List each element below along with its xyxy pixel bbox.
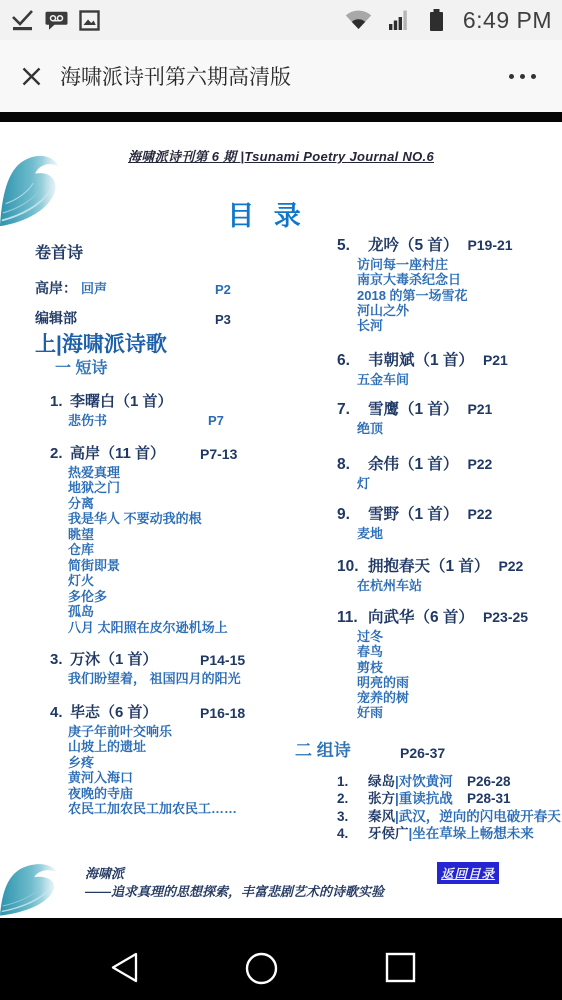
author-name: 向武华（6 首） (368, 609, 474, 626)
group-entry: 2.张方|重读抗战 P28-31 (295, 790, 561, 808)
page-number: P21 (467, 401, 492, 417)
poem-title: 南京大毒杀纪念日 (357, 272, 461, 287)
entry-number: 9. (337, 505, 368, 524)
poem-title: 麦地 (357, 526, 383, 541)
author-name: 绿岛 (368, 774, 395, 789)
entry-number: 11. (337, 608, 368, 627)
poem-row: 眺望 (68, 527, 287, 543)
poem-list: 灯 (357, 476, 561, 491)
toc-entry: 4.毕志（6 首） P16-18 庚子年前叶交响乐 山坡上的遗址 乡疼 黄河入海… (35, 704, 287, 817)
poem-row: 简街即景 (68, 558, 287, 574)
toc-entry: 10.拥抱春天（1 首）P22 在杭州车站 (295, 557, 561, 593)
poem-title: 庚子年前叶交响乐 (68, 724, 172, 739)
group-entry: 4.牙侯广|坐在草垛上畅想未来 (295, 825, 561, 843)
poem-row: 灯火 (68, 573, 287, 589)
entry-head: 9.雪野（1 首）P22 (295, 505, 561, 524)
toc-title: 目 录 (0, 194, 548, 233)
home-icon[interactable] (245, 952, 278, 990)
poem-title: 分离 (68, 496, 94, 511)
android-nav-bar (0, 918, 562, 1000)
page-number: P26-28 (467, 773, 511, 791)
poem-row: 在杭州车站 (357, 578, 561, 593)
page-number: P14-15 (200, 651, 245, 669)
poem-title: 过冬 (357, 629, 383, 644)
poem-list: 五金车间 (357, 372, 561, 387)
poem-list: 过冬 春鸟 剪枝 明亮的雨 宠养的树 好雨 (357, 629, 561, 721)
group-poem-list: 1.绿岛|对饮黄河 P26-28 2.张方|重读抗战 P28-31 3.秦风|武… (295, 773, 561, 843)
clock-time: 6:49 PM (463, 7, 552, 34)
page-number: P23-25 (483, 609, 528, 625)
poem-row: 我是华人 不要动我的根 (68, 511, 287, 527)
part-title: 上|海啸派诗歌 (35, 332, 287, 357)
poem-row: 宠养的树 (357, 690, 561, 705)
poem-list: 麦地 (357, 526, 561, 541)
page-number: P3 (215, 311, 231, 328)
author-name: 余伟（1 首） (368, 456, 458, 473)
poem-row: 孤岛 (68, 604, 287, 620)
poem-row: 明亮的雨 (357, 675, 561, 690)
author-name: 雪鹰（1 首） (368, 401, 458, 418)
entry-number: 4. (337, 825, 368, 843)
battery-icon (429, 9, 444, 31)
author-name: 高岸（11 首） (70, 445, 165, 462)
status-bar: 6:49 PM (0, 0, 562, 40)
author-name: 张方 (368, 791, 395, 806)
poem-title: 悲伤书 (68, 413, 107, 428)
journal-motto: ——追求真理的思想探索，丰富悲剧艺术的诗歌实验 (85, 881, 384, 900)
poem-title: 好雨 (357, 705, 383, 720)
poem-title: 灯火 (68, 573, 94, 588)
page-number: P7 (208, 413, 224, 429)
entry-number: 2. (35, 445, 70, 463)
entry-number: 3. (337, 808, 368, 826)
close-icon[interactable] (20, 65, 43, 88)
wave-image (0, 851, 72, 917)
entry-number: 8. (337, 455, 368, 474)
entry-head: 5.龙吟（5 首）P19-21 (295, 236, 561, 255)
entry-number: 10. (337, 557, 368, 576)
author-name: 李曙白（1 首） (70, 393, 173, 410)
poem-title: 八月 太阳照在皮尔逊机场上 (68, 620, 228, 635)
voicemail-icon (45, 11, 68, 30)
poem-row: 热爱真理 (68, 465, 287, 481)
poem-row: 山坡上的遗址 (68, 739, 287, 755)
poem-title: 农民工加农民工加农民工…… (68, 801, 237, 816)
toc-entry: 2.高岸（11 首） P7-13 热爱真理 地狱之门 分离 我是华人 不要动我的… (35, 445, 287, 636)
poem-title: 宠养的树 (357, 690, 409, 705)
cell-signal-icon (389, 10, 412, 30)
poem-title: 灯 (357, 476, 370, 491)
poem-title: 仓库 (68, 542, 94, 557)
screenshot-icon (79, 10, 100, 31)
poem-row: 过冬 (357, 629, 561, 644)
phone-screen: 6:49 PM 海啸派诗刊第六期高清版 海啸 (0, 0, 562, 1000)
poem-title: 夜晚的寺庙 (68, 786, 133, 801)
subsection-group-poems: 二 组诗 P26-37 (295, 741, 561, 761)
subsection-label: 二 组诗 (295, 741, 351, 760)
poem-title: 2018 的第一场雪花 (357, 288, 468, 303)
author-name: 万沐（1 首） (70, 651, 158, 668)
entry-number: 2. (337, 790, 368, 808)
page-number: P16-18 (200, 704, 245, 722)
poem-row: 五金车间 (357, 372, 561, 387)
poem-title: 黄河入海口 (68, 770, 133, 785)
toc-entry: 3.万沐（1 首） P14-15 我们盼望着， 祖国四月的阳光 (35, 651, 287, 687)
entry-head: 8.余伟（1 首）P22 (295, 455, 561, 474)
entry-head: 2.高岸（11 首） P7-13 (35, 445, 287, 463)
poem-title: 长河 (357, 318, 383, 333)
poem-row: 我们盼望着， 祖国四月的阳光 (68, 671, 287, 687)
app-header: 海啸派诗刊第六期高清版 (0, 40, 562, 112)
poem-row: 黄河入海口 (68, 770, 287, 786)
author-name: 秦风 (368, 809, 395, 824)
back-to-toc-link[interactable]: 返回目录 (437, 862, 499, 884)
front-entry-row: 高岸：回声 P2 (35, 280, 287, 297)
page-number: P28-31 (467, 790, 511, 808)
poem-title: 多伦多 (68, 589, 107, 604)
poem-row: 河山之外 (357, 303, 561, 318)
entry-number: 1. (337, 773, 368, 791)
poem-title: 简街即景 (68, 558, 120, 573)
poem-list: 访问每一座村庄 南京大毒杀纪念日 2018 的第一场雪花 河山之外 长河 (357, 257, 561, 333)
poem-title: 眺望 (68, 527, 94, 542)
poem-list: 我们盼望着， 祖国四月的阳光 (68, 671, 287, 687)
entry-head: 11.向武华（6 首）P23-25 (295, 608, 561, 627)
entry-head: 3.万沐（1 首） P14-15 (35, 651, 287, 669)
author-name: 韦朝斌（1 首） (368, 352, 474, 369)
poem-title: 在杭州车站 (357, 578, 422, 593)
poem-row: 庚子年前叶交响乐 (68, 724, 287, 740)
poem-list: 绝顶 (357, 421, 561, 436)
poem-title: 绝顶 (357, 421, 383, 436)
section-front-poems: 卷首诗 (35, 245, 287, 263)
entry-head: 10.拥抱春天（1 首）P22 (295, 557, 561, 576)
poem-row: 好雨 (357, 705, 561, 720)
entry-head: 4.毕志（6 首） P16-18 (35, 704, 287, 722)
back-icon[interactable] (110, 952, 138, 988)
entry-number: 6. (337, 351, 368, 370)
header-divider (0, 112, 562, 122)
poem-row: 访问每一座村庄 (357, 257, 561, 272)
poem-title: 热爱真理 (68, 465, 120, 480)
entry-number: 4. (35, 704, 70, 722)
poem-row: 绝顶 (357, 421, 561, 436)
page-number: P2 (215, 281, 231, 298)
poem-row: 分离 (68, 496, 287, 512)
page-number: P22 (467, 506, 492, 522)
page-title: 海啸派诗刊第六期高清版 (60, 61, 503, 91)
subsection-short-poems: 一 短诗 (35, 359, 287, 378)
poem-row: 麦地 (357, 526, 561, 541)
journal-school-name: 海啸派 (85, 863, 124, 882)
poem-title: 访问每一座村庄 (357, 257, 448, 272)
poem-row: 夜晚的寺庙 (68, 786, 287, 802)
entry-head: 7.雪鹰（1 首）P21 (295, 400, 561, 419)
page-number: P26-37 (400, 743, 445, 763)
poem-row: 仓库 (68, 542, 287, 558)
entry-number: 5. (337, 236, 368, 255)
poem-title: 五金车间 (357, 372, 409, 387)
author-name: 毕志（6 首） (70, 704, 158, 721)
poem-title: 剪枝 (357, 660, 383, 675)
poem-title: 乡疼 (68, 755, 94, 770)
poem-row: 长河 (357, 318, 561, 333)
poem-row: 地狱之门 (68, 480, 287, 496)
article-content: 海啸派诗刊第 6 期 |Tsunami Poetry Journal NO.6 … (0, 122, 562, 918)
poem-row: 农民工加农民工加农民工…… (68, 801, 287, 817)
group-entry: 3.秦风|武汉，逆向的闪电破开春天 (295, 808, 561, 826)
journal-header: 海啸派诗刊第 6 期 |Tsunami Poetry Journal NO.6 (0, 146, 562, 165)
poem-title: 春鸟 (357, 644, 383, 659)
author-name: 牙侯广 (368, 826, 409, 841)
author-name: 龙吟（5 首） (368, 237, 458, 254)
entry-head: 6.韦朝斌（1 首）P21 (295, 351, 561, 370)
editorial-row: 编辑部 P3 (35, 310, 287, 327)
toc-entry: 11.向武华（6 首）P23-25 过冬 春鸟 剪枝 明亮的雨 宠养的树 好雨 (295, 608, 561, 721)
page-number: P21 (483, 352, 508, 368)
entry-number: 3. (35, 651, 70, 669)
poem-title: 孤岛 (68, 604, 94, 619)
poem-title: 河山之外 (357, 303, 409, 318)
page-number: P19-21 (467, 237, 512, 253)
author-name: 拥抱春天（1 首） (368, 558, 489, 575)
poem-title: 我们盼望着， 祖国四月的阳光 (68, 671, 241, 686)
toc-entry: 5.龙吟（5 首）P19-21 访问每一座村庄 南京大毒杀纪念日 2018 的第… (295, 236, 561, 333)
toc-entry: 7.雪鹰（1 首）P21 绝顶 (295, 400, 561, 436)
poem-title: |坐在草垛上畅想未来 (409, 826, 534, 841)
poem-title: 回声 (81, 281, 107, 296)
page-number: P7-13 (200, 445, 237, 463)
toc-left-column: 卷首诗 高岸：回声 P2 编辑部 P3 上|海啸派诗歌 一 短诗 1.李曙白（1… (35, 245, 287, 817)
poem-row: 2018 的第一场雪花 (357, 288, 561, 303)
toc-right-column: 5.龙吟（5 首）P19-21 访问每一座村庄 南京大毒杀纪念日 2018 的第… (295, 236, 561, 843)
poem-title: 地狱之门 (68, 480, 120, 495)
poem-title: 明亮的雨 (357, 675, 409, 690)
entry-number: 1. (35, 393, 70, 411)
poem-row: 多伦多 (68, 589, 287, 605)
poem-row: 南京大毒杀纪念日 (357, 272, 561, 287)
poem-row: 八月 太阳照在皮尔逊机场上 (68, 620, 287, 636)
toc-entry: 8.余伟（1 首）P22 灯 (295, 455, 561, 491)
poem-list: 悲伤书P7 (68, 413, 287, 429)
poem-title: 我是华人 不要动我的根 (68, 511, 202, 526)
wifi-icon (345, 10, 372, 31)
recents-icon[interactable] (385, 952, 416, 988)
poem-row: 春鸟 (357, 644, 561, 659)
toc-entry: 1.李曙白（1 首） 悲伤书P7 (35, 393, 287, 429)
page-number: P22 (467, 456, 492, 472)
group-entry: 1.绿岛|对饮黄河 P26-28 (295, 773, 561, 791)
entry-number: 7. (337, 400, 368, 419)
poem-row: 乡疼 (68, 755, 287, 771)
done-check-icon (10, 9, 34, 32)
poem-title: |武汉，逆向的闪电破开春天 (395, 809, 561, 824)
author-name: 雪野（1 首） (368, 506, 458, 523)
editorial-label: 编辑部 (35, 310, 77, 326)
author-name: 高岸： (35, 280, 77, 296)
toc-entry: 6.韦朝斌（1 首）P21 五金车间 (295, 351, 561, 387)
entry-head: 1.李曙白（1 首） (35, 393, 287, 411)
poem-row: 剪枝 (357, 660, 561, 675)
toc-entry: 9.雪野（1 首）P22 麦地 (295, 505, 561, 541)
poem-title: |重读抗战 (395, 791, 453, 806)
more-menu-icon[interactable] (503, 64, 542, 89)
page-number: P22 (498, 558, 523, 574)
poem-row: 悲伤书P7 (68, 413, 287, 429)
poem-title: |对饮黄河 (395, 774, 453, 789)
poem-list: 热爱真理 地狱之门 分离 我是华人 不要动我的根 眺望 仓库 简街即景 灯火 多… (68, 465, 287, 636)
poem-row: 灯 (357, 476, 561, 491)
poem-list: 庚子年前叶交响乐 山坡上的遗址 乡疼 黄河入海口 夜晚的寺庙 农民工加农民工加农… (68, 724, 287, 817)
poem-list: 在杭州车站 (357, 578, 561, 593)
poem-title: 山坡上的遗址 (68, 739, 146, 754)
